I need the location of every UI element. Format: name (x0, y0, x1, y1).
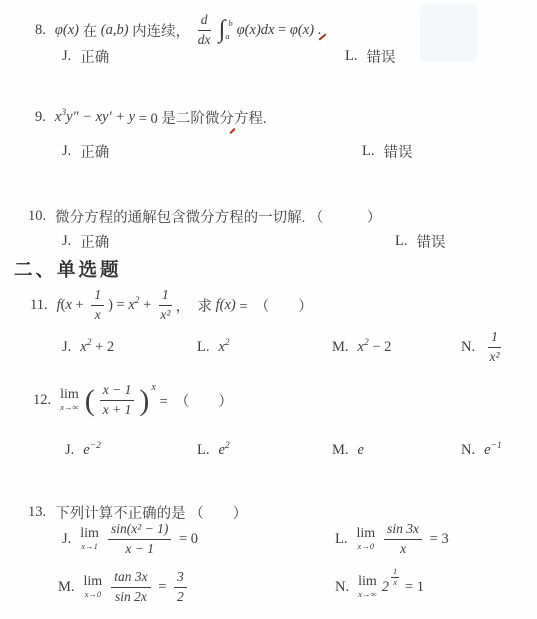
math-token: x→∞ (358, 590, 376, 599)
math-token: y″ − xy′ + y (66, 109, 135, 126)
math-token: x (95, 306, 101, 323)
math-token: x (393, 578, 397, 587)
math-token: x→0 (358, 542, 375, 551)
math-token: limx→0 (356, 527, 375, 551)
math-token: x→1 (81, 542, 98, 551)
math-token: −2 (90, 441, 101, 451)
q9-option-j-text: 正确 (80, 141, 109, 162)
math-token: dx (198, 31, 211, 48)
q8-option-j: J. 正确 (62, 46, 109, 67)
math-token: x2 (128, 297, 139, 314)
math-token: ∫ (219, 17, 226, 43)
q8-option-l-label: L. (345, 48, 357, 65)
question-9-formula: x3y″ − xy′ + y = 0 是二阶微分方程. (55, 107, 267, 128)
math-token: = 0 (175, 531, 198, 548)
math-token: lim (356, 527, 375, 541)
math-token: ba (225, 17, 232, 43)
math-token: e−1 (484, 442, 502, 459)
q9-option-j-label: J. (62, 143, 71, 160)
q12-option-n-label: N. (461, 442, 475, 459)
math-token: = (274, 22, 289, 39)
math-token: = 3 (426, 531, 449, 548)
math-token: sin(x² − 1) (108, 521, 171, 539)
math-token: x − 1x + 1 (100, 382, 135, 417)
math-token: 1x² (159, 287, 172, 322)
question-10-title: 10. 微分方程的通解包含微分方程的一切解. （ ） (28, 205, 381, 227)
math-token: + (140, 297, 155, 314)
math-token: x→0 (85, 590, 102, 599)
q9-option-l-label: L. (362, 143, 374, 160)
math-token: ∫ba (219, 17, 233, 43)
math-token: tan 3xsin 2x (111, 569, 150, 604)
q13-option-j-label: J. (62, 531, 71, 548)
math-token: limx→∞ (358, 575, 377, 599)
math-token: 3 (174, 569, 187, 587)
q13-option-n-formula: limx→∞21x = 1 (358, 575, 424, 599)
q8-option-l: L. 错误 (345, 46, 395, 67)
math-token: f(x) (216, 297, 236, 314)
q9-option-l-text: 错误 (383, 141, 412, 162)
q10-option-j: J. 正确 (62, 231, 109, 252)
question-11-number: 11. (30, 297, 48, 314)
math-token: 在 (79, 20, 101, 41)
math-token: x² (160, 306, 170, 323)
q13-option-l-label: L. (335, 531, 347, 548)
math-token: − 2 (369, 339, 392, 356)
q11-option-l: L. x2 (197, 330, 230, 364)
math-token: = 0 是二阶微分方程. (135, 107, 266, 128)
math-token: 1x (91, 287, 104, 322)
q12-option-l: L. e2 (197, 442, 230, 459)
math-token: = （ ） (236, 295, 313, 316)
math-token: 1 (488, 329, 501, 347)
math-token: lim (60, 388, 79, 402)
math-token: d (198, 12, 211, 30)
math-token: 1 (91, 287, 104, 305)
q12-option-l-formula: e2 (218, 442, 229, 459)
math-token: x2 (218, 339, 229, 356)
question-13-number: 13. (28, 504, 46, 521)
red-pen-mark (229, 128, 235, 134)
math-token: x2 (358, 339, 369, 356)
math-token: sin 3x (384, 521, 422, 539)
math-token: x2 (80, 339, 91, 356)
q10-option-j-label: J. (62, 233, 71, 250)
math-token: x + 1 (103, 401, 132, 418)
math-token: = （ ） (156, 390, 233, 411)
q11-option-n-label: N. (461, 339, 475, 356)
q13-option-m: M. limx→0tan 3xsin 2x = 32 (58, 566, 191, 608)
math-token: lim (358, 575, 377, 589)
math-token: x − 1 (125, 540, 154, 557)
q11-option-m: M. x2 − 2 (332, 330, 391, 364)
q13-option-j: J. limx→1sin(x² − 1)x − 1 = 0 (62, 520, 198, 558)
question-12-formula: limx→∞(x − 1x + 1)x = （ ） (60, 382, 233, 417)
math-token: = 1 (401, 579, 424, 596)
math-token: x (400, 540, 406, 557)
scan-artifact (420, 4, 478, 62)
math-token: tan 3x (111, 569, 150, 587)
math-token: 2 (225, 338, 230, 348)
math-token: 32 (174, 569, 187, 604)
q11-option-m-formula: x2 − 2 (358, 339, 392, 356)
math-token: −1 (491, 441, 502, 451)
math-token: limx→∞ (60, 388, 79, 412)
question-8-title: 8. φ(x) 在 (a,b) 内连续， ddx∫baφ(x)dx = φ(x)… (35, 12, 321, 48)
question-11-title: 11. f(x + 1x) = x2 + 1x²， 求 f(x) = （ ） (30, 288, 313, 322)
math-token: x3 (55, 109, 66, 126)
q12-option-j-label: J. (65, 442, 74, 459)
math-token: limx→0 (84, 575, 103, 599)
q12-option-m: M. e (332, 442, 364, 459)
question-9-number: 9. (35, 109, 46, 126)
math-token: 1x² (488, 329, 501, 364)
q11-option-m-label: M. (332, 339, 349, 356)
math-token: 微分方程的通解包含微分方程的一切解. （ ） (55, 206, 381, 227)
q13-option-m-label: M. (58, 579, 75, 596)
math-token: e2 (218, 442, 229, 459)
math-token: 1 (159, 287, 172, 305)
q9-option-l: L. 错误 (362, 141, 412, 162)
math-token: 2 (225, 441, 230, 451)
q10-option-l-label: L. (395, 233, 407, 250)
question-8-formula: φ(x) 在 (a,b) 内连续， ddx∫baφ(x)dx = φ(x) . (55, 12, 321, 47)
math-token: e−2 (83, 442, 101, 459)
math-token: x (151, 382, 155, 393)
q8-option-j-label: J. (62, 48, 71, 65)
math-token: lim (84, 575, 103, 589)
q13-option-n: N. limx→∞21x = 1 (335, 566, 424, 608)
math-token: 内连续， (129, 20, 194, 41)
math-token: (a,b) (101, 22, 129, 39)
math-token: x² (489, 348, 499, 365)
q8-option-j-text: 正确 (80, 46, 109, 67)
math-token: b (228, 18, 232, 28)
question-10-formula: 微分方程的通解包含微分方程的一切解. （ ） (55, 206, 381, 227)
math-token: x→∞ (60, 403, 78, 412)
math-token: ) (139, 387, 149, 414)
math-token: sin 3xx (384, 521, 422, 556)
q9-option-j: J. 正确 (62, 141, 109, 162)
q12-option-j: J. e−2 (65, 442, 101, 459)
math-token: = (155, 579, 170, 596)
question-12-title: 12. limx→∞(x − 1x + 1)x = （ ） (33, 380, 233, 420)
q12-option-n: N. e−1 (461, 442, 502, 459)
math-token: sin 2x (115, 588, 147, 605)
math-token: 2 (177, 588, 184, 605)
q12-option-l-label: L. (197, 442, 209, 459)
math-token: φ(x)dx (237, 22, 275, 39)
q12-option-m-formula: e (358, 442, 364, 459)
math-token: 2 (382, 579, 389, 596)
q11-option-n: N. 1x² (461, 330, 505, 364)
math-token: + (72, 297, 87, 314)
question-11-formula: f(x + 1x) = x2 + 1x²， 求 f(x) = （ ） (57, 287, 313, 322)
math-token: ( (85, 387, 95, 414)
q11-option-l-label: L. (197, 339, 209, 356)
math-token: φ(x) (290, 22, 314, 39)
math-token: ddx (198, 12, 211, 47)
q10-option-l-text: 错误 (416, 231, 445, 252)
math-token: φ(x) (55, 22, 79, 39)
question-9-title: 9. x3y″ − xy′ + y = 0 是二阶微分方程. (35, 106, 267, 128)
question-12-number: 12. (33, 392, 51, 409)
math-token: lim (80, 527, 99, 541)
q11-option-l-formula: x2 (218, 339, 229, 356)
math-token: a (225, 31, 232, 41)
math-token: + 2 (91, 339, 114, 356)
q13-option-m-formula: limx→0tan 3xsin 2x = 32 (84, 569, 191, 604)
math-token: 1x (391, 567, 399, 587)
question-10-number: 10. (28, 208, 46, 225)
section-2-header: 二、单选题 (14, 256, 122, 282)
q10-option-j-text: 正确 (80, 231, 109, 252)
q11-option-j-formula: x2 + 2 (80, 339, 114, 356)
q13-option-n-label: N. (335, 579, 349, 596)
q12-option-n-formula: e−1 (484, 442, 502, 459)
exam-page: 8. φ(x) 在 (a,b) 内连续， ddx∫baφ(x)dx = φ(x)… (0, 0, 537, 619)
q11-option-j: J. x2 + 2 (62, 330, 114, 364)
q12-option-m-label: M. (332, 442, 349, 459)
math-token: sin(x² − 1)x − 1 (108, 521, 171, 556)
math-token: limx→1 (80, 527, 99, 551)
q11-option-n-formula: 1x² (484, 329, 505, 364)
q13-option-l: L. limx→0sin 3xx = 3 (335, 520, 449, 558)
math-token: e (358, 442, 364, 459)
math-token: ) = (108, 297, 128, 314)
math-token: x − 1 (100, 382, 135, 400)
q10-option-l: L. 错误 (395, 231, 445, 252)
question-8-number: 8. (35, 22, 46, 39)
math-token: ， 求 (176, 295, 216, 316)
q13-option-l-formula: limx→0sin 3xx = 3 (356, 521, 448, 556)
q13-option-j-formula: limx→1sin(x² − 1)x − 1 = 0 (80, 521, 198, 556)
q8-option-l-text: 错误 (366, 46, 395, 67)
q12-option-j-formula: e−2 (83, 442, 101, 459)
q11-option-j-label: J. (62, 339, 71, 356)
